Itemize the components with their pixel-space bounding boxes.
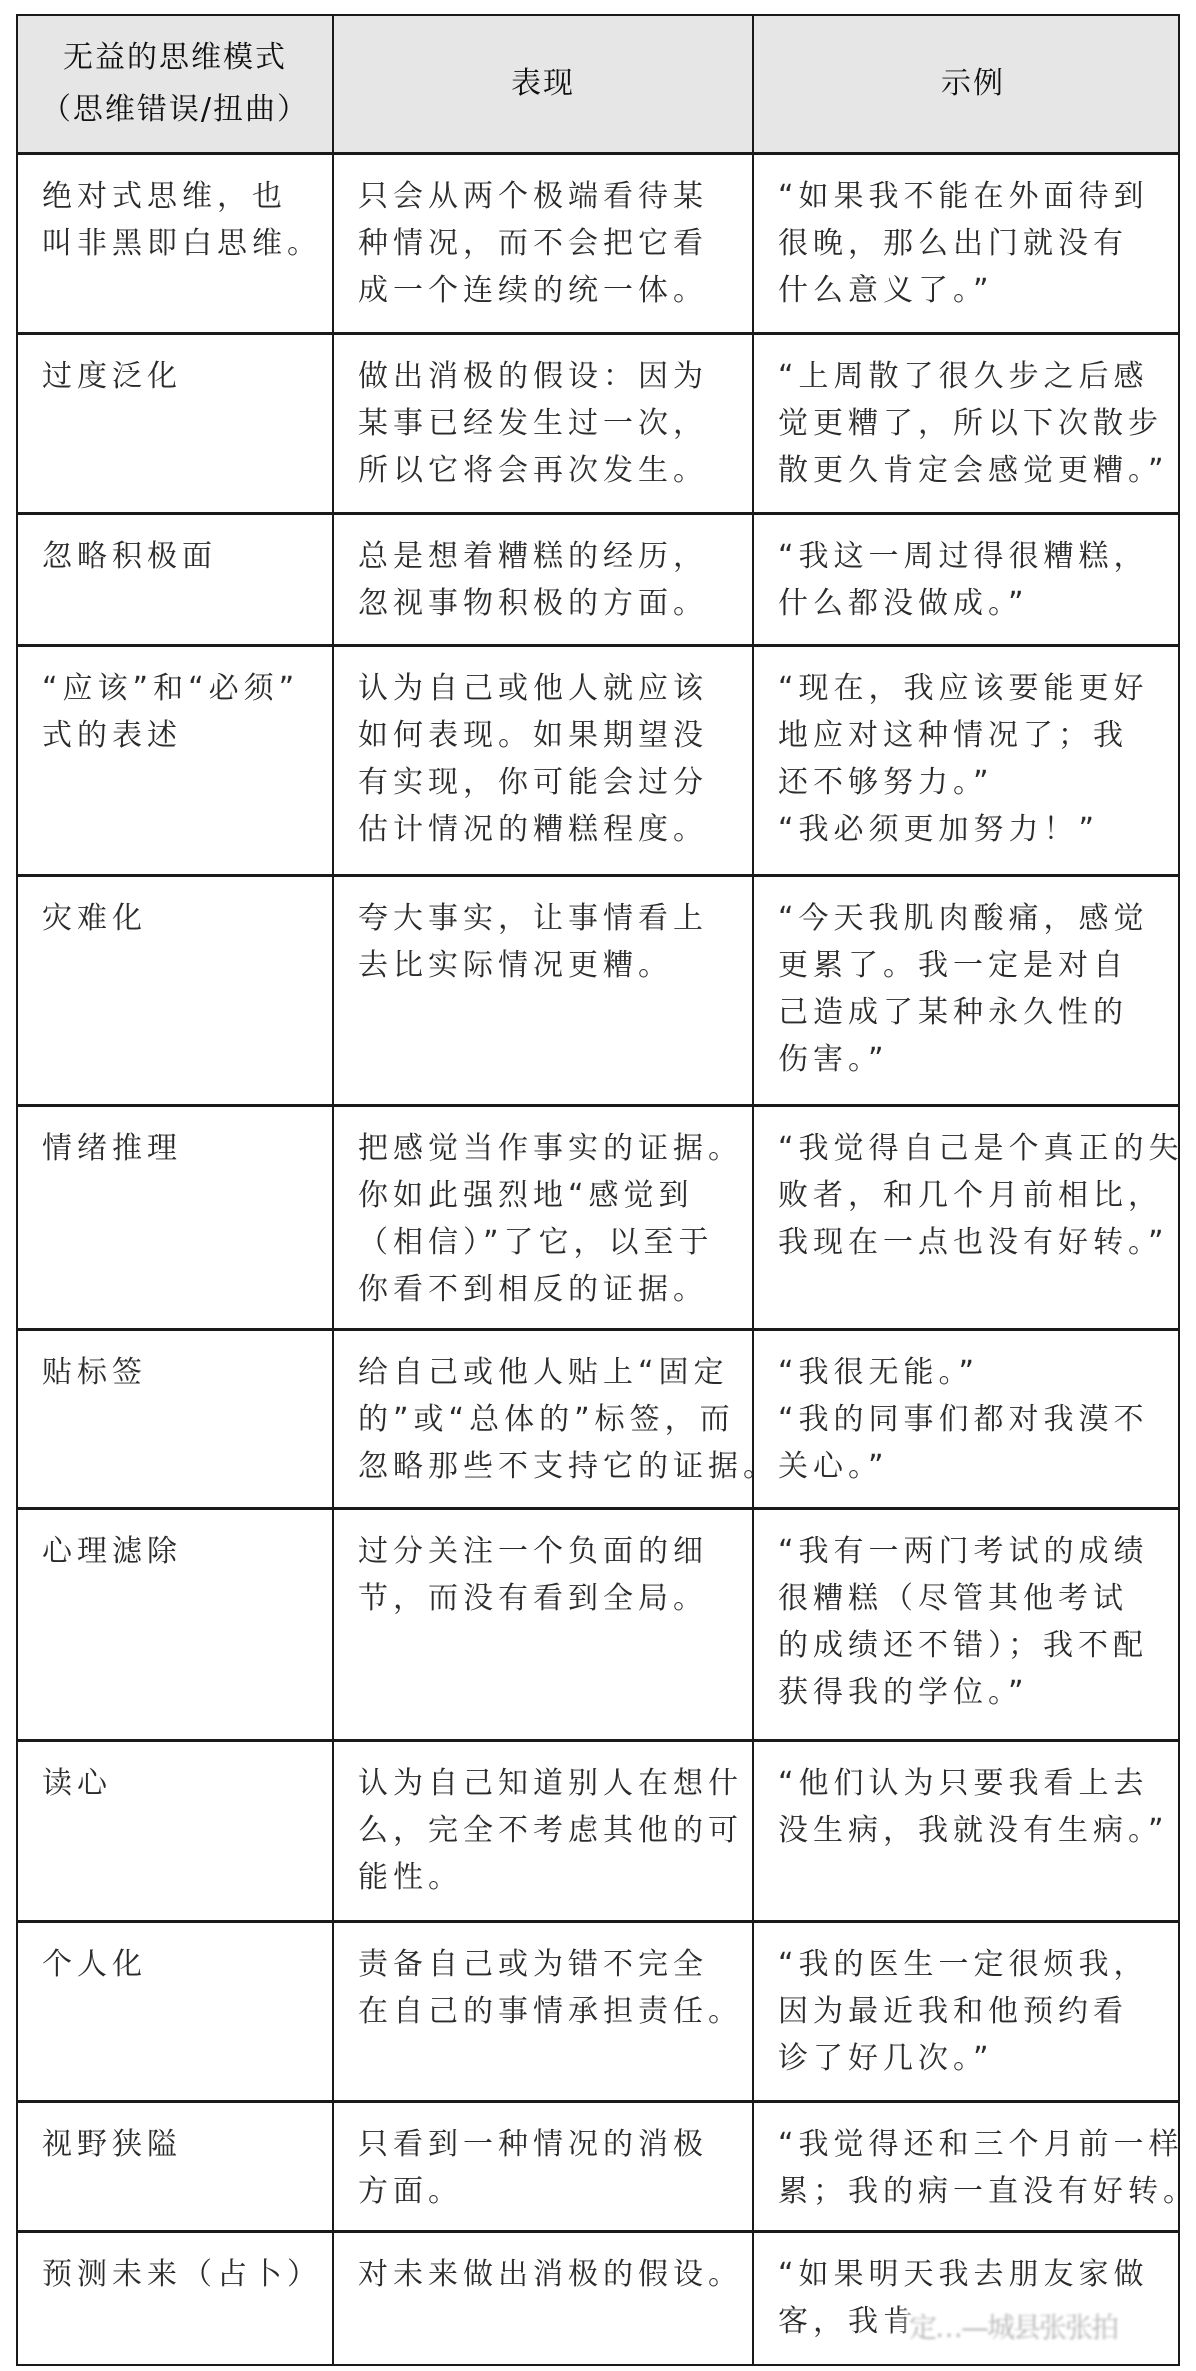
example-cell-line: 诊了好几次。” — [778, 2035, 1168, 2082]
header-pattern-line-1: 无益的思维模式 — [63, 32, 287, 84]
manifestation-cell-line: 某事已经发生过一次， — [358, 400, 736, 447]
pattern-cell-line: 叫非黑即白思维。 — [42, 220, 316, 267]
pattern-cell-line: 视野狭隘 — [42, 2121, 316, 2168]
pattern-cell-line: 灾难化 — [42, 895, 316, 942]
manifestation-cell-line: 对未来做出消极的假设。 — [358, 2251, 736, 2298]
example-cell-line: 很糟糕（尽管其他考试 — [778, 1575, 1168, 1622]
example-cell-line: “我觉得还和三个月前一样 — [778, 2121, 1168, 2168]
pattern-cell: 过度泛化 — [18, 335, 334, 515]
example-cell-line: “我这一周过得很糟糕， — [778, 533, 1168, 580]
pattern-cell-line: 读心 — [42, 1760, 316, 1807]
manifestation-cell: 责备自己或为错不完全在自己的事情承担责任。 — [334, 1923, 754, 2103]
header-example: 示例 — [754, 16, 1178, 155]
header-pattern-line-2: （思维错误/扭曲） — [41, 84, 309, 136]
manifestation-cell-line: 把感觉当作事实的证据。 — [358, 1125, 736, 1172]
manifestation-cell-line: 认为自己或他人就应该 — [358, 665, 736, 712]
pattern-cell: 贴标签 — [18, 1331, 334, 1510]
manifestation-cell-line: 在自己的事情承担责任。 — [358, 1988, 736, 2035]
manifestation-cell-line: 有实现，你可能会过分 — [358, 759, 736, 806]
pattern-cell-line: 预测未来（占卜） — [42, 2251, 316, 2298]
example-cell-line: 散更久肯定会感觉更糟。” — [778, 447, 1168, 494]
example-cell-line: 伤害。” — [778, 1036, 1168, 1083]
pattern-cell-line: 情绪推理 — [42, 1125, 316, 1172]
manifestation-cell-line: 如何表现。如果期望没 — [358, 712, 736, 759]
example-cell: “我很无能。”“我的同事们都对我漠不关心。” — [754, 1331, 1178, 1510]
pattern-cell: 读心 — [18, 1742, 334, 1923]
example-cell-line: 获得我的学位。” — [778, 1669, 1168, 1716]
manifestation-cell-line: 方面。 — [358, 2168, 736, 2215]
manifestation-cell-line: 认为自己知道别人在想什 — [358, 1760, 736, 1807]
example-cell-line: 地应对这种情况了；我 — [778, 712, 1168, 759]
example-cell-line: 因为最近我和他预约看 — [778, 1988, 1168, 2035]
pattern-cell: “应该”和“必须”式的表述 — [18, 647, 334, 877]
example-cell: “今天我肌肉酸痛，感觉更累了。我一定是对自己造成了某种永久性的伤害。” — [754, 877, 1178, 1107]
manifestation-cell: 总是想着糟糕的经历，忽视事物积极的方面。 — [334, 515, 754, 647]
manifestation-cell-line: 夸大事实，让事情看上 — [358, 895, 736, 942]
manifestation-cell-line: 过分关注一个负面的细 — [358, 1528, 736, 1575]
manifestation-cell: 做出消极的假设：因为某事已经发生过一次，所以它将会再次发生。 — [334, 335, 754, 515]
example-cell-line: 什么都没做成。” — [778, 580, 1168, 627]
example-cell-line: 己造成了某种永久性的 — [778, 989, 1168, 1036]
example-cell-line: “上周散了很久步之后感 — [778, 353, 1168, 400]
manifestation-cell-line: 责备自己或为错不完全 — [358, 1941, 736, 1988]
manifestation-cell-line: （相信）”了它，以至于 — [358, 1219, 736, 1266]
manifestation-cell-line: 么，完全不考虑其他的可 — [358, 1807, 736, 1854]
example-cell-line: 什么意义了。” — [778, 267, 1168, 314]
manifestation-cell-line: 总是想着糟糕的经历， — [358, 533, 736, 580]
example-cell: “现在，我应该要能更好地应对这种情况了；我还不够努力。”“我必须更加努力！” — [754, 647, 1178, 877]
pattern-cell: 绝对式思维，也叫非黑即白思维。 — [18, 155, 334, 335]
header-manifestation-label: 表现 — [511, 58, 575, 110]
manifestation-cell-line: 种情况，而不会把它看 — [358, 220, 736, 267]
header-example-label: 示例 — [941, 58, 1005, 110]
manifestation-cell-line: 所以它将会再次发生。 — [358, 447, 736, 494]
example-cell-line: 累；我的病一直没有好转。” — [778, 2168, 1168, 2215]
cognitive-distortions-table: 无益的思维模式 （思维错误/扭曲） 表现 示例 绝对式思维，也叫非黑即白思维。只… — [16, 14, 1180, 2366]
example-cell: “我觉得还和三个月前一样累；我的病一直没有好转。” — [754, 2103, 1178, 2233]
pattern-cell: 忽略积极面 — [18, 515, 334, 647]
manifestation-cell: 只会从两个极端看待某种情况，而不会把它看成一个连续的统一体。 — [334, 155, 754, 335]
pattern-cell-line: 过度泛化 — [42, 353, 316, 400]
example-cell-line: 我现在一点也没有好转。” — [778, 1219, 1168, 1266]
example-cell-line: “今天我肌肉酸痛，感觉 — [778, 895, 1168, 942]
manifestation-cell: 过分关注一个负面的细节，而没有看到全局。 — [334, 1510, 754, 1742]
example-cell: “如果我不能在外面待到很晚，那么出门就没有什么意义了。” — [754, 155, 1178, 335]
manifestation-cell-line: 忽视事物积极的方面。 — [358, 580, 736, 627]
manifestation-cell-line: 节，而没有看到全局。 — [358, 1575, 736, 1622]
manifestation-cell-line: 估计情况的糟糕程度。 — [358, 806, 736, 853]
example-cell-line: 很晚，那么出门就没有 — [778, 220, 1168, 267]
example-cell: “我的医生一定很烦我，因为最近我和他预约看诊了好几次。” — [754, 1923, 1178, 2103]
manifestation-cell-line: 忽略那些不支持它的证据。 — [358, 1443, 736, 1490]
pattern-cell: 视野狭隘 — [18, 2103, 334, 2233]
manifestation-cell-line: 去比实际情况更糟。 — [358, 942, 736, 989]
pattern-cell: 心理滤除 — [18, 1510, 334, 1742]
manifestation-cell-line: 只会从两个极端看待某 — [358, 173, 736, 220]
pattern-cell-line: 忽略积极面 — [42, 533, 316, 580]
example-cell-line: “我很无能。” — [778, 1349, 1168, 1396]
example-cell-line: 败者，和几个月前相比， — [778, 1172, 1168, 1219]
manifestation-cell-line: 的”或“总体的”标签，而 — [358, 1396, 736, 1443]
example-cell-line: 觉更糟了，所以下次散步 — [778, 400, 1168, 447]
example-cell-line: “我的医生一定很烦我， — [778, 1941, 1168, 1988]
pattern-cell-line: “应该”和“必须” — [42, 665, 316, 712]
pattern-cell: 个人化 — [18, 1923, 334, 2103]
pattern-cell: 预测未来（占卜） — [18, 2233, 334, 2364]
pattern-cell-line: 心理滤除 — [42, 1528, 316, 1575]
header-manifestation: 表现 — [334, 16, 754, 155]
pattern-cell-line: 贴标签 — [42, 1349, 316, 1396]
manifestation-cell-line: 给自己或他人贴上“固定 — [358, 1349, 736, 1396]
manifestation-cell: 只看到一种情况的消极方面。 — [334, 2103, 754, 2233]
pattern-cell-line: 绝对式思维，也 — [42, 173, 316, 220]
example-cell-line: 还不够努力。” — [778, 759, 1168, 806]
example-cell-line: 的成绩还不错）；我不配 — [778, 1622, 1168, 1669]
manifestation-cell-line: 你如此强烈地“感觉到 — [358, 1172, 736, 1219]
example-cell-line: 关心。” — [778, 1443, 1168, 1490]
manifestation-cell-line: 能性。 — [358, 1854, 736, 1901]
manifestation-cell: 夸大事实，让事情看上去比实际情况更糟。 — [334, 877, 754, 1107]
example-cell: “上周散了很久步之后感觉更糟了，所以下次散步散更久肯定会感觉更糟。” — [754, 335, 1178, 515]
example-cell: “我这一周过得很糟糕，什么都没做成。” — [754, 515, 1178, 647]
example-cell-line: “他们认为只要我看上去 — [778, 1760, 1168, 1807]
example-cell-line: “我觉得自己是个真正的失 — [778, 1125, 1168, 1172]
example-cell-line: “如果我不能在外面待到 — [778, 173, 1168, 220]
example-cell-line: “现在，我应该要能更好 — [778, 665, 1168, 712]
manifestation-cell: 对未来做出消极的假设。 — [334, 2233, 754, 2364]
header-pattern: 无益的思维模式 （思维错误/扭曲） — [18, 16, 334, 155]
pattern-cell-line: 式的表述 — [42, 712, 316, 759]
example-cell: “他们认为只要我看上去没生病，我就没有生病。” — [754, 1742, 1178, 1923]
example-cell-line: 更累了。我一定是对自 — [778, 942, 1168, 989]
watermark-overlay: 定…—城县张张拍 — [905, 2304, 1121, 2348]
pattern-cell-line: 个人化 — [42, 1941, 316, 1988]
example-cell-line: “我的同事们都对我漠不 — [778, 1396, 1168, 1443]
example-cell-line: 没生病，我就没有生病。” — [778, 1807, 1168, 1854]
example-cell-line: “我有一两门考试的成绩 — [778, 1528, 1168, 1575]
example-cell: “我觉得自己是个真正的失败者，和几个月前相比，我现在一点也没有好转。” — [754, 1107, 1178, 1331]
manifestation-cell: 认为自己知道别人在想什么，完全不考虑其他的可能性。 — [334, 1742, 754, 1923]
manifestation-cell-line: 你看不到相反的证据。 — [358, 1266, 736, 1313]
pattern-cell: 灾难化 — [18, 877, 334, 1107]
example-cell-line: “我必须更加努力！” — [778, 806, 1168, 853]
manifestation-cell-line: 成一个连续的统一体。 — [358, 267, 736, 314]
manifestation-cell-line: 做出消极的假设：因为 — [358, 353, 736, 400]
pattern-cell: 情绪推理 — [18, 1107, 334, 1331]
example-cell-line: “如果明天我去朋友家做 — [778, 2251, 1168, 2298]
manifestation-cell: 认为自己或他人就应该如何表现。如果期望没有实现，你可能会过分估计情况的糟糕程度。 — [334, 647, 754, 877]
manifestation-cell: 把感觉当作事实的证据。你如此强烈地“感觉到（相信）”了它，以至于你看不到相反的证… — [334, 1107, 754, 1331]
manifestation-cell-line: 只看到一种情况的消极 — [358, 2121, 736, 2168]
manifestation-cell: 给自己或他人贴上“固定的”或“总体的”标签，而忽略那些不支持它的证据。 — [334, 1331, 754, 1510]
example-cell: “我有一两门考试的成绩很糟糕（尽管其他考试的成绩还不错）；我不配获得我的学位。” — [754, 1510, 1178, 1742]
